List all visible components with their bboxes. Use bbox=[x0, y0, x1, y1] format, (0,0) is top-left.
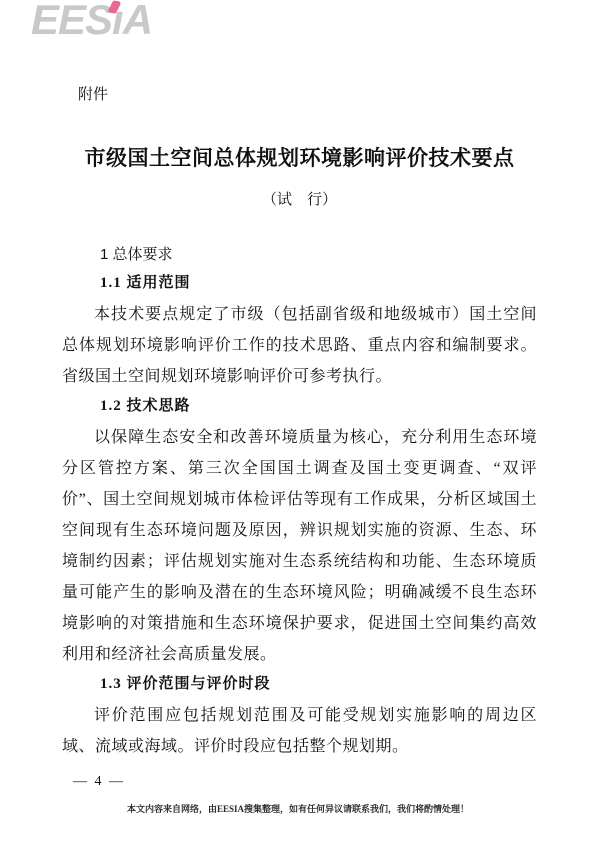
section-heading-overall: 1 总体要求 bbox=[62, 245, 537, 265]
document-page: EESıA 附件 市级国土空间总体规划环境影响评价技术要点 （试 行） 1 总体… bbox=[0, 0, 596, 842]
section-heading-1-1: 1.1 适用范围 bbox=[62, 273, 537, 293]
document-subtitle: （试 行） bbox=[62, 190, 537, 210]
section-heading-1-2: 1.2 技术思路 bbox=[62, 396, 537, 416]
document-title: 市级国土空间总体规划环境影响评价技术要点 bbox=[62, 146, 537, 172]
paragraph-1-2: 以保障生态安全和改善环境质量为核心，充分利用生态环境分区管控方案、第三次全国国土… bbox=[62, 422, 537, 670]
attachment-label: 附件 bbox=[62, 86, 537, 104]
footer-disclaimer: 本文内容来自网络，由EESIA搜集整理，如有任何异议请联系我们，我们将酌情处理！ bbox=[0, 804, 596, 815]
page-number: — 4 — bbox=[73, 774, 125, 790]
section-heading-1-3: 1.3 评价范围与评价时段 bbox=[62, 674, 537, 694]
document-content: 附件 市级国土空间总体规划环境影响评价技术要点 （试 行） 1 总体要求 1.1… bbox=[62, 0, 537, 762]
paragraph-1-3: 评价范围应包括规划范围及可能受规划实施影响的周边区域、流域或海域。评价时段应包括… bbox=[62, 700, 537, 762]
paragraph-1-1: 本技术要点规定了市级（包括副省级和地级城市）国土空间总体规划环境影响评价工作的技… bbox=[62, 299, 537, 392]
